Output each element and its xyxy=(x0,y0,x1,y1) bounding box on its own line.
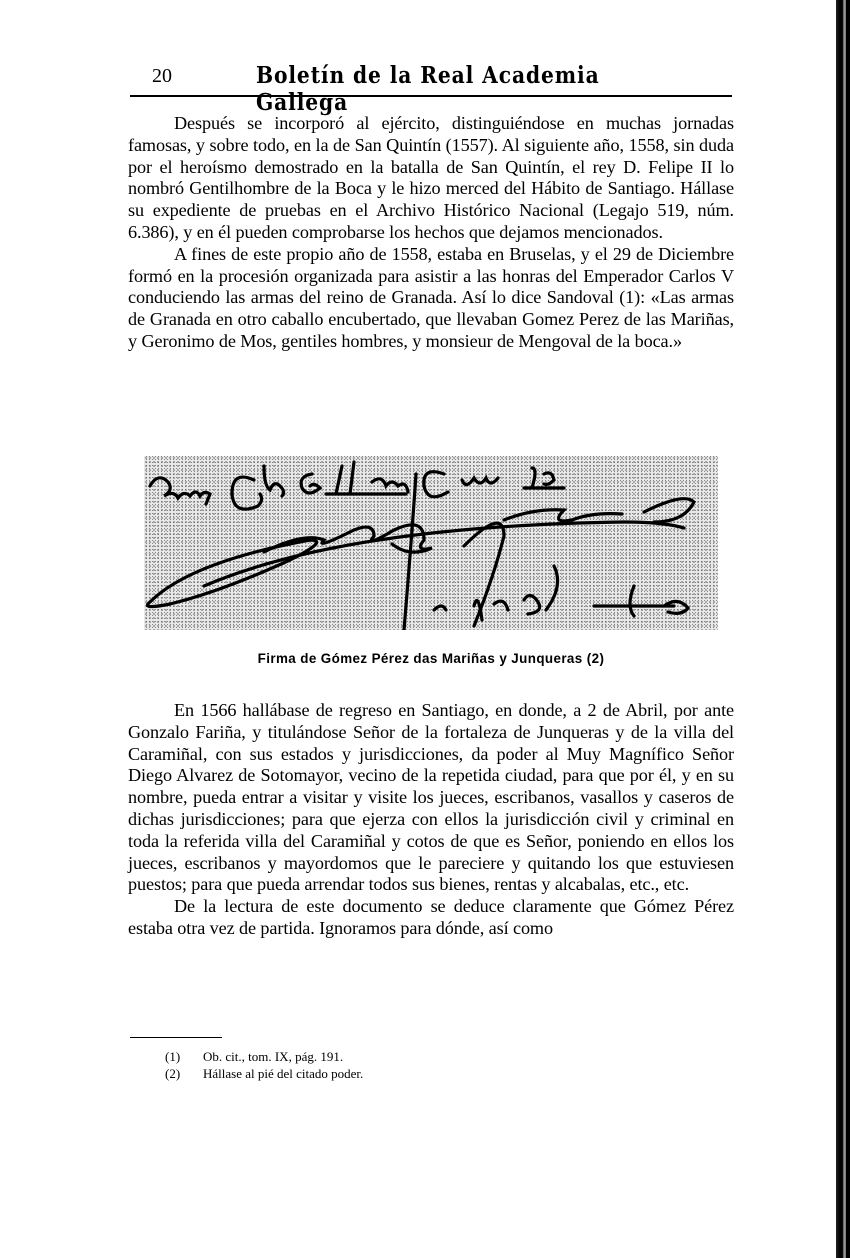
signature-facsimile xyxy=(144,456,718,630)
footnote-mark: (1) xyxy=(165,1048,203,1065)
footnote-text: Hállase al pié del citado poder. xyxy=(203,1065,363,1082)
body-text-bottom: En 1566 hallábase de regreso en Santiago… xyxy=(128,700,734,940)
footnote-text: Ob. cit., tom. IX, pág. 191. xyxy=(203,1048,343,1065)
running-title: Boletín de la Real Academia Gallega xyxy=(256,62,677,116)
page-header: 20 Boletín de la Real Academia Gallega xyxy=(152,60,734,96)
paragraph: En 1566 hallábase de regreso en Santiago… xyxy=(128,700,734,896)
paragraph: Después se incorporó al ejército, distin… xyxy=(128,113,734,244)
footnote: (2) Hállase al pié del citado poder. xyxy=(165,1065,363,1082)
signature-drawing xyxy=(144,456,718,630)
footnote-mark: (2) xyxy=(165,1065,203,1082)
paragraph: A fines de este propio año de 1558, esta… xyxy=(128,244,734,353)
figure-caption: Firma de Gómez Pérez das Mariñas y Junqu… xyxy=(144,651,718,666)
footnote: (1) Ob. cit., tom. IX, pág. 191. xyxy=(165,1048,363,1065)
footnotes: (1) Ob. cit., tom. IX, pág. 191. (2) Hál… xyxy=(165,1048,363,1082)
header-rule xyxy=(130,95,732,97)
paragraph: De la lectura de este documento se deduc… xyxy=(128,896,734,940)
footnote-rule xyxy=(130,1037,222,1038)
body-text-top: Después se incorporó al ejército, distin… xyxy=(128,113,734,353)
page-number: 20 xyxy=(152,65,172,88)
page-edge-highlight xyxy=(843,0,846,1258)
